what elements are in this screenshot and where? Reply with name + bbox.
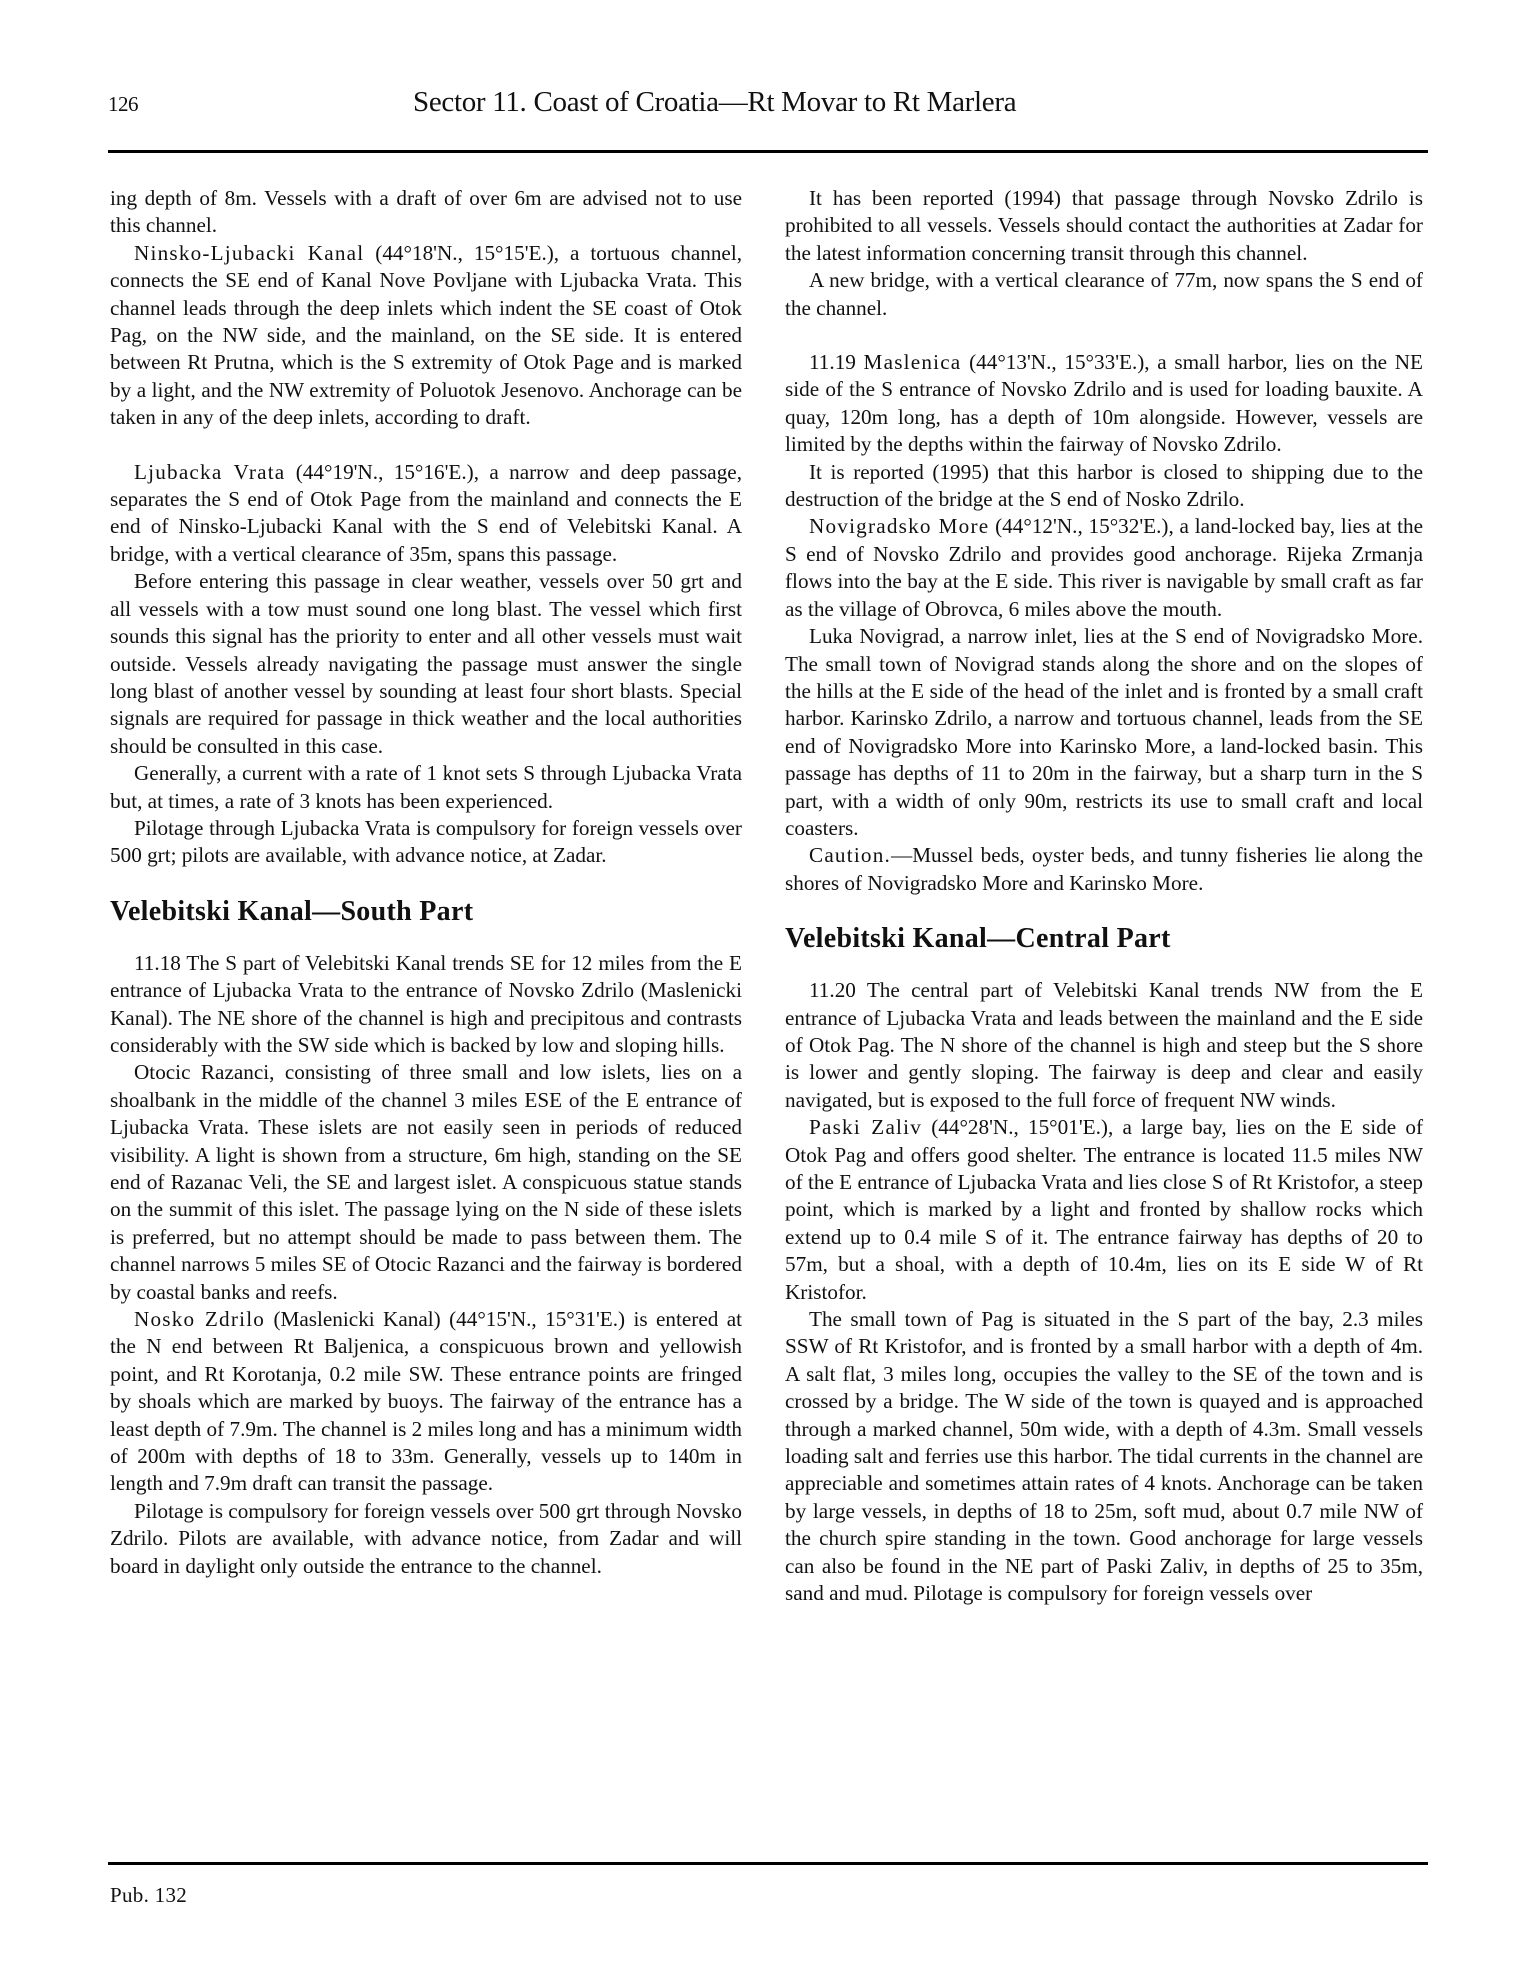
paragraph: Pilotage through Ljubacka Vrata is compu…	[110, 815, 742, 870]
section-number: 11.18	[134, 951, 181, 975]
place-name: Nosko Zdrilo	[134, 1307, 265, 1331]
paragraph: Before entering this passage in clear we…	[110, 568, 742, 760]
paragraph: Paski Zaliv (44°28'N., 15°01'E.), a larg…	[785, 1114, 1423, 1306]
right-column: It has been reported (1994) that passage…	[785, 185, 1423, 1608]
section-heading: Velebitski Kanal—Central Part	[785, 923, 1423, 955]
paragraph-text: The S part of Velebitski Kanal trends SE…	[110, 951, 742, 1057]
paragraph-text: (44°18'N., 15°15'E.), a tortuous channel…	[110, 241, 742, 429]
paragraph: Ljubacka Vrata (44°19'N., 15°16'E.), a n…	[110, 459, 742, 569]
paragraph: Otocic Razanci, consisting of three smal…	[110, 1059, 742, 1306]
paragraph: Ninsko-Ljubacki Kanal (44°18'N., 15°15'E…	[110, 240, 742, 432]
paragraph: Pilotage is compulsory for foreign vesse…	[110, 1498, 742, 1580]
section-heading: Velebitski Kanal—South Part	[110, 896, 742, 928]
paragraph: ing depth of 8m. Vessels with a draft of…	[110, 185, 742, 240]
paragraph: 11.18 The S part of Velebitski Kanal tre…	[110, 950, 742, 1060]
place-name: Novigradsko More	[809, 514, 989, 538]
paragraph: A new bridge, with a vertical clearance …	[785, 267, 1423, 322]
paragraph-text: (44°28'N., 15°01'E.), a large bay, lies …	[785, 1115, 1423, 1303]
paragraph: 11.19 Maslenica (44°13'N., 15°33'E.), a …	[785, 349, 1423, 459]
paragraph: Generally, a current with a rate of 1 kn…	[110, 760, 742, 815]
place-name: Maslenica	[864, 350, 962, 374]
place-name: Ljubacka Vrata	[134, 460, 285, 484]
paragraph: Caution.—Mussel beds, oyster beds, and t…	[785, 842, 1423, 897]
page-number: 126	[108, 92, 138, 117]
paragraph-text: (Maslenicki Kanal) (44°15'N., 15°31'E.) …	[110, 1307, 742, 1495]
section-number: 11.19	[809, 350, 856, 374]
page-header: 126 Sector 11. Coast of Croatia—Rt Movar…	[108, 86, 1426, 126]
publication-label: Pub. 132	[110, 1883, 187, 1908]
paragraph: Nosko Zdrilo (Maslenicki Kanal) (44°15'N…	[110, 1306, 742, 1498]
running-title: Sector 11. Coast of Croatia—Rt Movar to …	[413, 86, 1016, 119]
paragraph: It is reported (1995) that this harbor i…	[785, 459, 1423, 514]
paragraph: The small town of Pag is situated in the…	[785, 1306, 1423, 1607]
paragraph: It has been reported (1994) that passage…	[785, 185, 1423, 267]
section-number: 11.20	[809, 978, 856, 1002]
paragraph: Luka Novigrad, a narrow inlet, lies at t…	[785, 623, 1423, 842]
place-name: Ninsko-Ljubacki Kanal	[134, 241, 364, 265]
header-rule	[108, 150, 1428, 153]
paragraph-text: The central part of Velebitski Kanal tre…	[785, 978, 1423, 1112]
caution-label: Caution.	[809, 843, 891, 867]
paragraph: 11.20 The central part of Velebitski Kan…	[785, 977, 1423, 1114]
left-column: ing depth of 8m. Vessels with a draft of…	[110, 185, 742, 1580]
paragraph: Novigradsko More (44°12'N., 15°32'E.), a…	[785, 513, 1423, 623]
footer-rule	[108, 1862, 1428, 1865]
place-name: Paski Zaliv	[809, 1115, 922, 1139]
